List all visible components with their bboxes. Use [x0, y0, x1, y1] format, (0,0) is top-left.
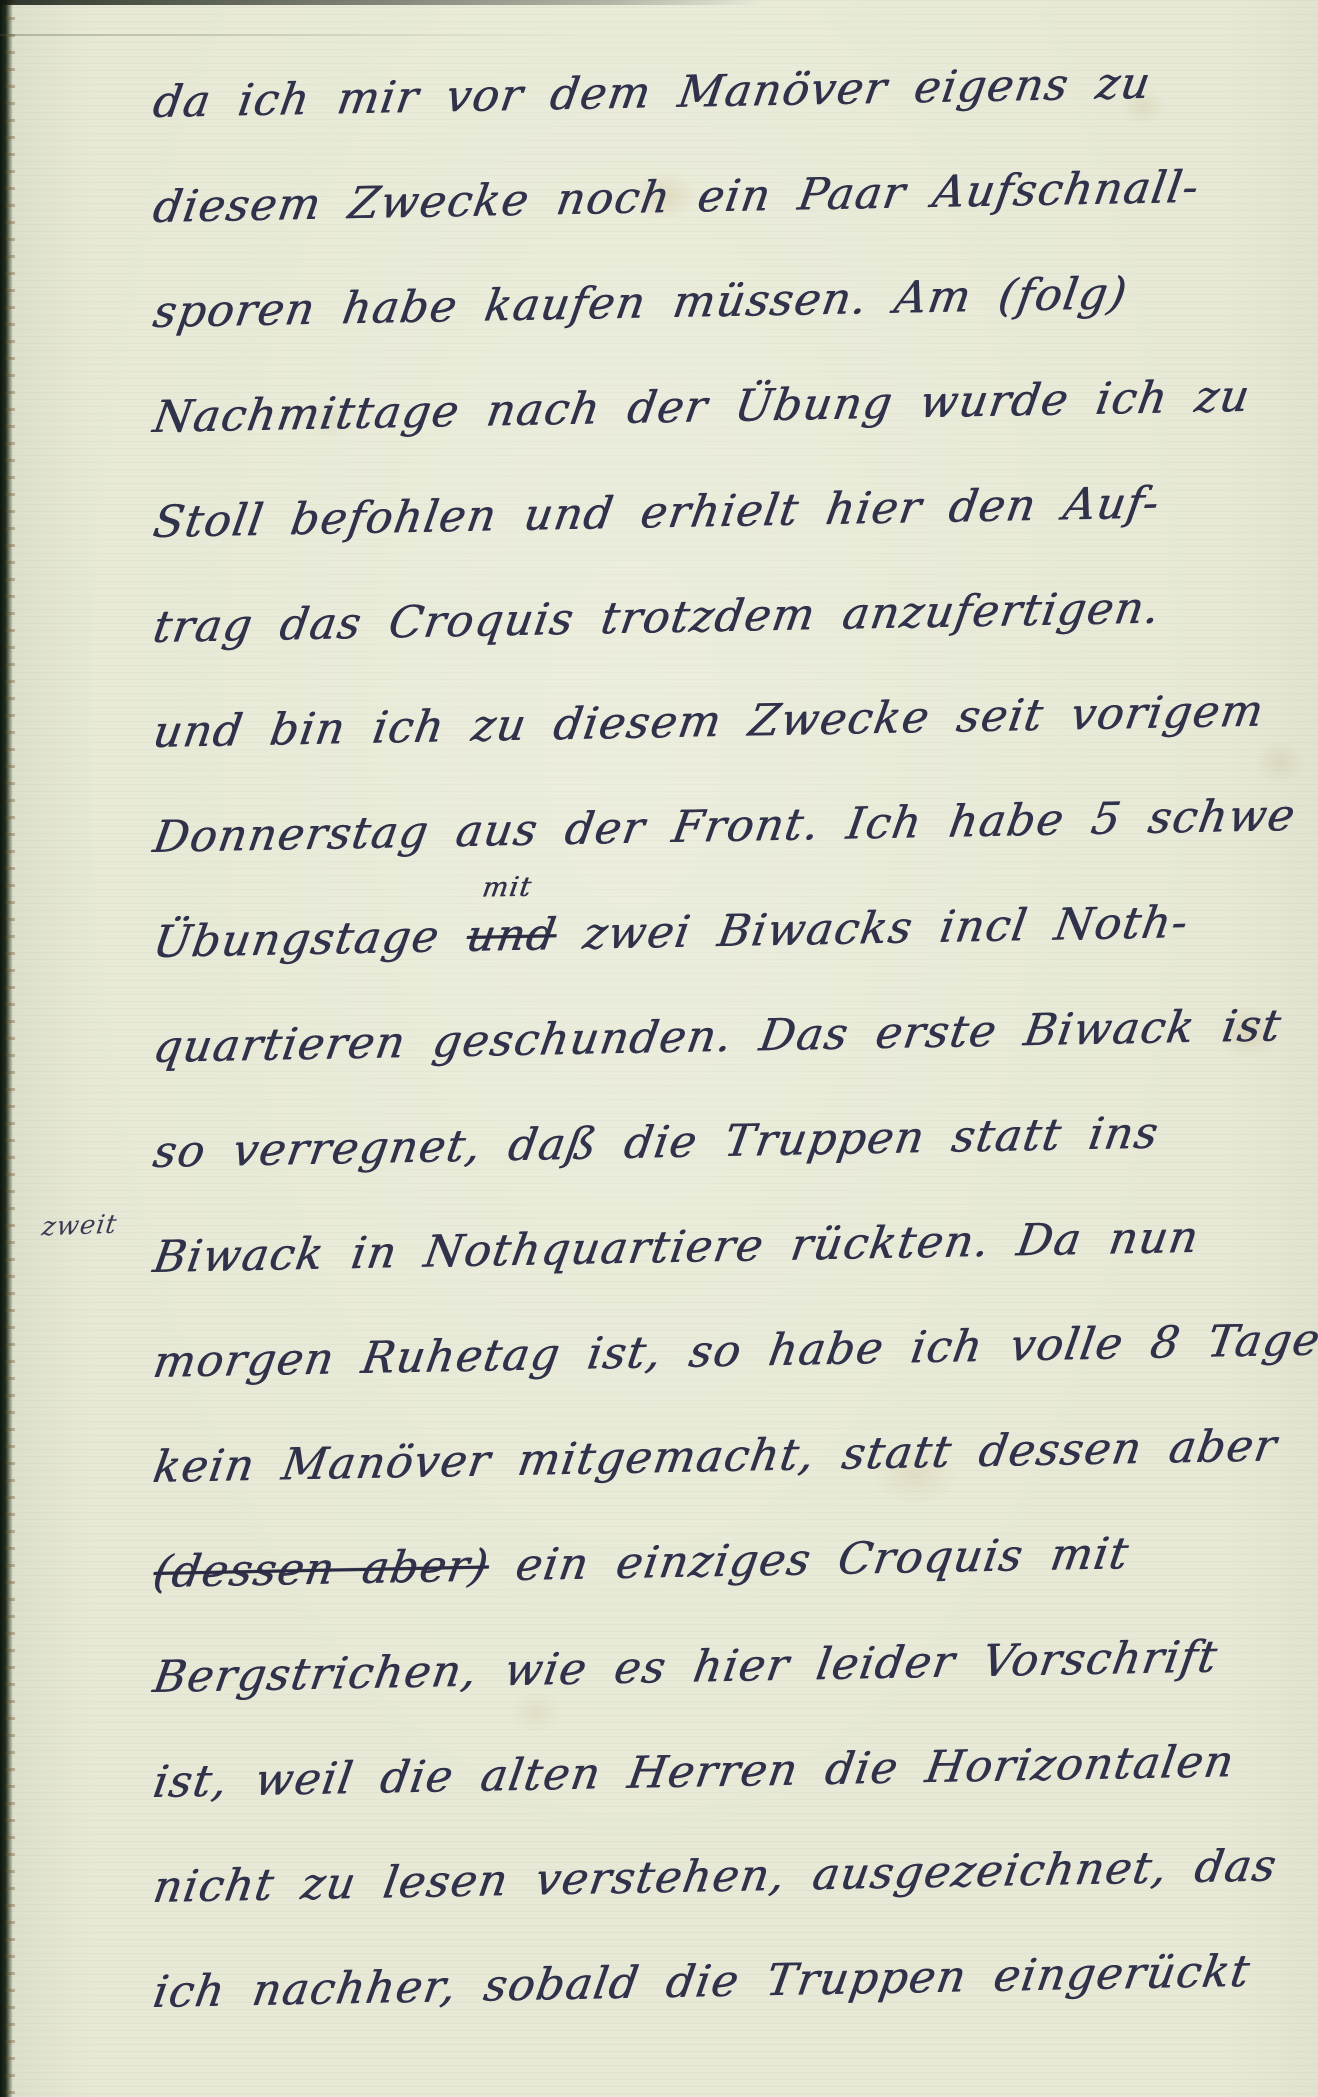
- handwritten-text: kein Manöver mitgemacht, statt dessen ab…: [150, 1420, 1281, 1493]
- handwritten-text: ich nachher, sobald die Truppen eingerüc…: [150, 1946, 1254, 2018]
- handwritten-text: und bin ich zu diesem Zwecke seit vorige…: [150, 686, 1268, 758]
- binding-marks: [6, 0, 15, 2097]
- line-ink: so verregnet, daß die Truppen statt ins: [145, 1081, 1166, 1206]
- line-ink: trag das Croquis trotzdem anzufertigen.: [145, 555, 1168, 680]
- struck-text: (dessen aber): [150, 1540, 493, 1598]
- handwritten-line: kein Manöver mitgemacht, statt dessen ab…: [152, 1415, 1318, 1520]
- struck-text: undmit: [463, 909, 560, 962]
- handwritten-text: trag das Croquis trotzdem anzufertigen.: [150, 583, 1164, 653]
- handwritten-text: morgen Ruhetag ist, so habe ich volle 8 …: [150, 1314, 1318, 1388]
- handwritten-text: so verregnet, daß die Truppen statt ins: [150, 1108, 1163, 1178]
- handwritten-text: da ich mir vor dem Manöver eigens zu: [150, 58, 1155, 128]
- handwritten-text: ein einziges Croquis mit: [485, 1528, 1133, 1591]
- scanned-page: da ich mir vor dem Manöver eigens zudies…: [0, 0, 1318, 2097]
- handwritten-text: Nachmittage nach der Übung wurde ich zu: [150, 371, 1254, 443]
- line-ink: ich nachher, sobald die Truppen eingerüc…: [145, 1919, 1258, 2045]
- handwritten-text: sporen habe kaufen müssen. Am (folg): [150, 268, 1132, 338]
- line-ink: Übungstage undmit zwei Biwacks incl Noth…: [145, 870, 1196, 995]
- margin-insertion: zweit: [40, 1212, 119, 1241]
- handwritten-text: nicht zu lesen verstehen, ausgezeichnet,…: [150, 1840, 1281, 1913]
- handwritten-text: Bergstrichen, wie es hier leider Vorschr…: [150, 1631, 1222, 1703]
- line-ink: Stoll befohlen und erhielt hier den Auf-: [145, 450, 1167, 575]
- handwritten-text: ist, weil die alten Herren die Horizonta…: [150, 1736, 1239, 1808]
- handwritten-line: diesem Zwecke noch ein Paar Aufschnall-: [152, 155, 1318, 260]
- handwritten-line: ich nachher, sobald die Truppen eingerüc…: [152, 1940, 1318, 2045]
- line-ink: sporen habe kaufen müssen. Am (folg): [145, 241, 1135, 365]
- line-ink: (dessen aber) ein einziges Croquis mit: [145, 1501, 1137, 1625]
- handwritten-text: Donnerstag aus der Front. Ich habe 5 sch…: [150, 790, 1300, 863]
- line-ink: Bergstrichen, wie es hier leider Vorschr…: [145, 1604, 1225, 1730]
- handwritten-text: Biwack in Nothquartiere rückten. Da nun: [150, 1212, 1203, 1283]
- scan-edge-top: [0, 0, 764, 5]
- letter-body: da ich mir vor dem Manöver eigens zudies…: [152, 50, 1318, 2045]
- handwritten-text: quartieren geschunden. Das erste Biwack …: [150, 1000, 1286, 1073]
- handwritten-text: diesem Zwecke noch ein Paar Aufschnall-: [150, 162, 1203, 233]
- handwritten-text: zwei Biwacks incl Noth-: [552, 897, 1192, 960]
- paper-scratch: [0, 34, 580, 36]
- interline-insertion: mit: [480, 874, 534, 902]
- line-ink: Biwack in Nothquartiere rückten. Da nun: [145, 1185, 1207, 1310]
- line-ink: da ich mir vor dem Manöver eigens zu: [145, 31, 1159, 155]
- line-ink: diesem Zwecke noch ein Paar Aufschnall-: [145, 135, 1207, 260]
- handwritten-text: Stoll befohlen und erhielt hier den Auf-: [150, 478, 1164, 548]
- handwritten-text: Übungstage: [150, 911, 471, 968]
